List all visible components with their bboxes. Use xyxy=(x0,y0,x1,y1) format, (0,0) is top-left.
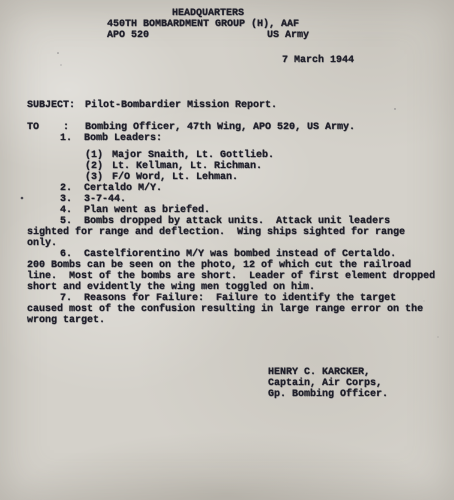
signature-rank: Captain, Air Corps, xyxy=(268,378,440,389)
army-label: US Army xyxy=(267,30,309,41)
paragraph-1-text: Bomb Leaders: xyxy=(84,133,162,144)
paragraph-6: 6.Castelfiorentino M/Y was bombed instea… xyxy=(27,249,440,293)
paragraph-3-number: 3. xyxy=(60,194,72,205)
subject-label: SUBJECT: xyxy=(27,100,75,111)
paragraph-7: 7.Reasons for Failure: Failure to identi… xyxy=(27,293,440,326)
paragraph-7-text: Reasons for Failure: Failure to identify… xyxy=(27,293,423,326)
leader-1-text: Major Snaith, Lt. Gottlieb. xyxy=(112,150,274,161)
letterhead: HEADQUARTERS 450TH BOMBARDMENT GROUP (H)… xyxy=(107,8,309,41)
list-item: (2)Lt. Kellman, Lt. Richman. xyxy=(85,161,440,172)
subject-text: Pilot-Bombardier Mission Report. xyxy=(85,100,277,111)
paragraph-5: 5.Bombs dropped by attack units. Attack … xyxy=(27,216,440,249)
paragraph-3: 3.3-7-44. xyxy=(27,194,440,205)
unit-line: 450TH BOMBARDMENT GROUP (H), AAF xyxy=(107,19,309,30)
paragraph-6-text: Castelfiorentino M/Y was bombed instead … xyxy=(27,249,435,293)
paragraph-2-text: Certaldo M/Y. xyxy=(84,183,162,194)
paragraph-4-number: 4. xyxy=(60,205,72,216)
to-colon: : xyxy=(63,122,69,133)
to-text: Bombing Officer, 47th Wing, APO 520, US … xyxy=(85,122,355,133)
paragraph-2: 2.Certaldo M/Y. xyxy=(27,183,440,194)
paragraph-1: 1.Bomb Leaders: xyxy=(27,133,440,144)
to-row: TO:Bombing Officer, 47th Wing, APO 520, … xyxy=(27,122,440,133)
signature-title: Gp. Bombing Officer. xyxy=(268,389,440,400)
ink-specks xyxy=(0,0,2,2)
date-line: 7 March 1944 xyxy=(27,55,440,66)
memo-document: HEADQUARTERS 450TH BOMBARDMENT GROUP (H)… xyxy=(0,0,454,500)
paragraph-5-number: 5. xyxy=(60,216,72,227)
signature-name: HENRY C. KARCKER, xyxy=(268,367,440,378)
leader-3-number: (3) xyxy=(85,172,103,183)
paragraph-4-text: Plan went as briefed. xyxy=(84,205,210,216)
list-item: (1)Major Snaith, Lt. Gottlieb. xyxy=(85,150,440,161)
leader-3-text: F/O Word, Lt. Lehman. xyxy=(112,172,238,183)
list-item: (3)F/O Word, Lt. Lehman. xyxy=(85,172,440,183)
apo-number: APO 520 xyxy=(107,30,149,41)
subject-row: SUBJECT:Pilot-Bombardier Mission Report. xyxy=(27,100,440,111)
paragraph-4: 4.Plan went as briefed. xyxy=(27,205,440,216)
leader-2-text: Lt. Kellman, Lt. Richman. xyxy=(112,161,262,172)
paragraph-6-number: 6. xyxy=(60,249,72,260)
paragraph-5-text: Bombs dropped by attack units. Attack un… xyxy=(27,216,405,249)
leader-1-number: (1) xyxy=(85,150,103,161)
paragraph-7-number: 7. xyxy=(60,293,72,304)
paragraph-3-text: 3-7-44. xyxy=(84,194,126,205)
headquarters-line: HEADQUARTERS xyxy=(107,8,309,19)
paragraph-2-number: 2. xyxy=(60,183,72,194)
to-label: TO xyxy=(27,122,63,133)
signature-block: HENRY C. KARCKER, Captain, Air Corps, Gp… xyxy=(268,367,440,400)
bomb-leaders-list: (1)Major Snaith, Lt. Gottlieb. (2)Lt. Ke… xyxy=(85,150,440,183)
paragraph-1-number: 1. xyxy=(60,133,72,144)
leader-2-number: (2) xyxy=(85,161,103,172)
apo-row: APO 520 US Army xyxy=(107,30,309,41)
